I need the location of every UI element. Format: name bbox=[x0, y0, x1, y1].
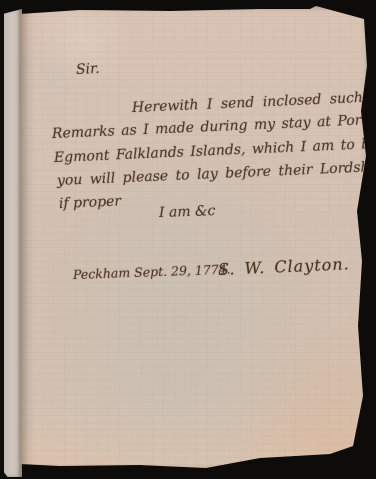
letter-page: Sir. Herewith I send inclosed such Remar… bbox=[20, 6, 370, 472]
salutation: Sir. bbox=[76, 61, 100, 78]
body-line-1: Herewith I send inclosed such bbox=[132, 90, 364, 116]
closing-line: I am &c bbox=[159, 203, 216, 221]
body-line-5: if proper bbox=[59, 193, 122, 212]
place-and-date: Peckham Sept. 29, 1774. bbox=[73, 261, 231, 281]
paper-texture bbox=[20, 6, 370, 472]
adjacent-page-edge bbox=[4, 9, 22, 477]
scan-background: Sir. Herewith I send inclosed such Remar… bbox=[0, 0, 376, 479]
signature: S. W. Clayton. bbox=[218, 254, 350, 279]
